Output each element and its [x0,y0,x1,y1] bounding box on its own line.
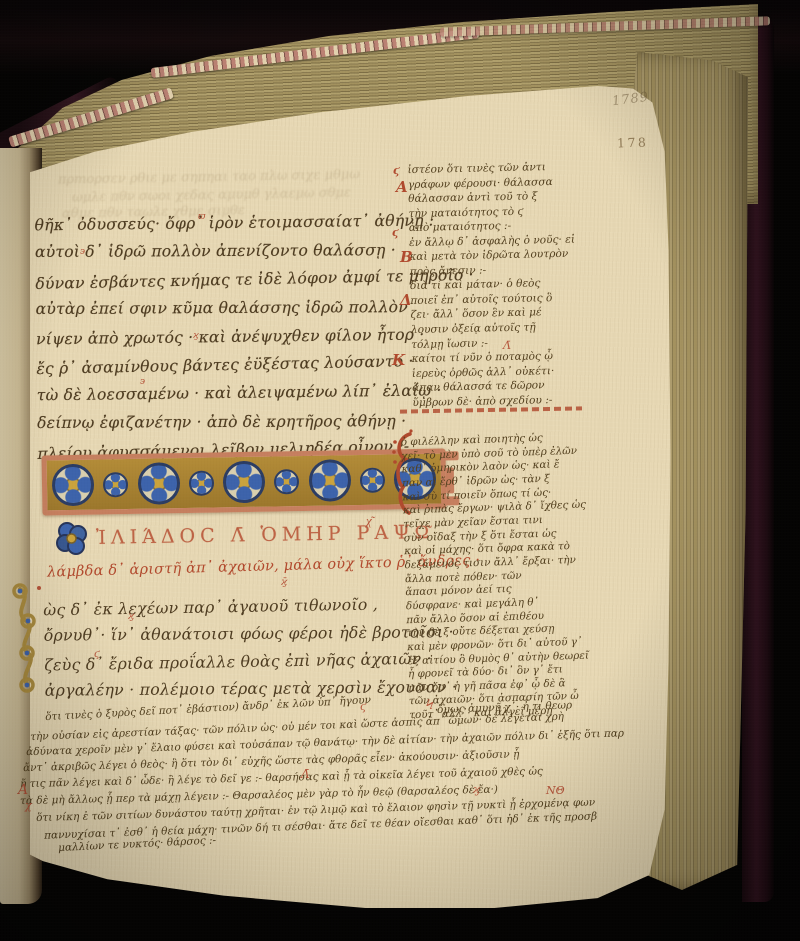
rosette-medallion-icon [52,464,95,507]
rosette-medallion-icon [308,459,351,502]
rubric-mark: ϖ [198,212,205,222]
rubric-mark: ΝΘ [546,784,565,797]
rubric-mark: ϶ [140,377,145,387]
rubric-mark: Λ̄ [503,339,511,352]
page-content: πρmoρσεν ρθιε με σηπηαι ταο πλω σιχε μθμ… [0,0,800,941]
rosette-medallion-icon [103,472,128,497]
verse-line: θῆκ᾽ ὀδυσσεύς· ὄφρ᾽ ἱρὸν ἑτοιμασσαίατ᾽ ἀ… [34,207,412,240]
headband-ornament [42,448,447,515]
faded-foliation-mark: 1789 [611,90,650,109]
initial-eta-ornament [10,581,46,701]
rubric-letter: ϛ [392,226,399,239]
rosette-medallion-icon [137,462,180,505]
verse-line: ὄρνυθ᾽· ἵν᾽ ἀθανάτοισι φόως φέροι ἠδὲ βρ… [44,619,436,650]
book-title-rubric: ἸΛΙΆΔΟϹ Λ̄ ὉΜΗΡ ΡΑΨΩ͂ [96,521,426,550]
rubric-letter: Β [400,248,413,266]
manuscript-photograph: πρmoρσεν ρθιε με σηπηαι ταο πλω σιχε μθμ… [0,0,800,941]
marginal-scholia-block: ὁ φιλέλλην καὶ ποιητὴς ὡςχεῖ· τὸ μὲν ὑπὸ… [401,430,620,723]
verse-line: ἀργαλέην · πολέμοιο τέρας μετὰ χερσὶν ἔχ… [45,674,437,705]
quatrefoil-icon [55,521,89,557]
rosette-medallion-icon [189,470,214,495]
rubric-mark: ϶ [80,247,85,257]
folio-number: 178 [617,134,649,150]
rubric-mark: χ [25,799,32,812]
marginal-scholia-column: ἰστέον ὅτι τινὲς τῶν ἀντιγράφων φέρουσι·… [407,159,607,410]
bleedthrough-text: ωμλε πθν σωοι χεδας αμυμθ γλαεμω σθμε [72,186,351,206]
rubric-mark: Λ̄ [301,767,310,781]
rubric-mark: ϛ [360,700,366,713]
rubric-mark: Ϟ [426,698,434,713]
verse-line: αὐτὰρ ἐπεί σφιν κῦμα θαλάσσης ἱδρῶ πολλὸ… [36,293,414,323]
bleedthrough-text: πρmoρσεν ρθιε με σηπηαι ταο πλω σιχε μθμ… [58,167,360,187]
rosette-medallion-icon [223,461,266,504]
rubric-mark: χ͂ [366,513,372,529]
rubric-mark: ϛ [94,649,100,660]
rubric-letter: Δ [400,291,412,309]
main-text-iliad-11-opening: ὼς δ᾽ ἐκ λεχέων παρ᾽ ἀγαυοῦ τιθωνοῖο , ὄ… [43,590,437,706]
rubric-mark: ϗ [128,611,134,622]
rubric-letter: Κ [392,351,405,369]
rubric-mark: Α [18,782,28,798]
main-text-iliad-10-end: θῆκ᾽ ὀδυσσεύς· ὄφρ᾽ ἱρὸν ἑτοιμασσαίατ᾽ ἀ… [34,207,415,467]
rubric-mark: ϗ̄ [281,577,287,588]
rubric-mark: ϗ [193,331,199,341]
book-argument-rubric: λάμβδα δ᾽ ἀριστῆ ἀπ᾽ ἀχαιῶν, μάλα οὐχ ἵκ… [47,553,447,580]
rosette-medallion-icon [274,469,299,494]
rosette-medallion-icon [360,467,385,492]
rubric-letter: Α [396,178,408,196]
rubric-letter: ϛ [393,164,400,177]
rubric-mark: ϗ [473,783,480,796]
